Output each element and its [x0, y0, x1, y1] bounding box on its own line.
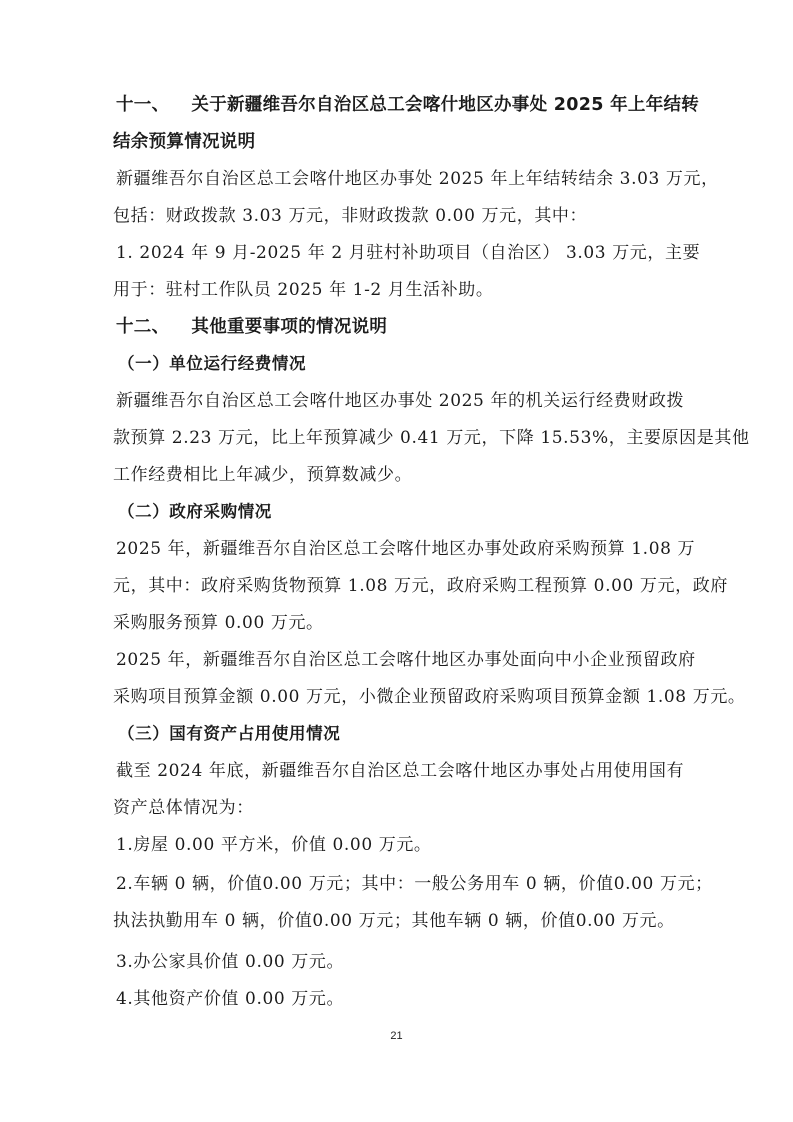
section-11-para1-line2: 包括：财政拨款 3.03 万元，非财政拨款 0.00 万元，其中：: [113, 205, 713, 227]
sub1-line: 新疆维吾尔自治区总工会喀什地区办事处 2025 年的机关运行经费财政拨: [116, 390, 716, 412]
sub2-para1-line: 2025 年，新疆维吾尔自治区总工会喀什地区办事处政府采购预算 1.08 万: [116, 538, 716, 560]
sub2-para2-line: 采购项目预算金额 0.00 万元，小微企业预留政府采购项目预算金额 1.08 万…: [113, 686, 713, 708]
sub2-para1-line: 元，其中：政府采购货物预算 1.08 万元，政府采购工程预算 0.00 万元，政…: [113, 575, 713, 597]
section-11-number: 十一、: [116, 95, 169, 115]
section-11-para1-line1: 新疆维吾尔自治区总工会喀什地区办事处 2025 年上年结转结余 3.03 万元，: [116, 168, 716, 190]
sub3-item2-line: 执法执勤用车 0 辆，价值0.00 万元；其他车辆 0 辆，价值0.00 万元。: [113, 910, 713, 932]
sub1-line: 工作经费相比上年减少，预算数减少。: [113, 464, 713, 486]
sub3-item2-line: 2.车辆 0 辆，价值0.00 万元；其中：一般公务用车 0 辆，价值0.00 …: [116, 873, 716, 895]
section-11-item1-line1: 1. 2024 年 9 月-2025 年 2 月驻村补助项目（自治区） 3.03…: [116, 242, 716, 264]
section-11-title-line1: 关于新疆维吾尔自治区总工会喀什地区办事处 2025 年上年结转: [191, 95, 699, 115]
sub3-item1: 1.房屋 0.00 平方米，价值 0.00 万元。: [116, 834, 716, 856]
sub3-item3: 3.办公家具价值 0.00 万元。: [116, 951, 716, 973]
page-number: 21: [0, 1030, 793, 1042]
section-11-heading: 十一、关于新疆维吾尔自治区总工会喀什地区办事处 2025 年上年结转: [116, 94, 716, 116]
sub3-intro-line: 截至 2024 年底，新疆维吾尔自治区总工会喀什地区办事处占用使用国有: [116, 760, 716, 782]
sub3-item4: 4.其他资产价值 0.00 万元。: [116, 988, 716, 1010]
sub2-heading: （二）政府采购情况: [118, 501, 718, 523]
sub1-heading: （一）单位运行经费情况: [118, 353, 718, 375]
sub3-intro-line: 资产总体情况为：: [113, 797, 713, 819]
document-page: 十一、关于新疆维吾尔自治区总工会喀什地区办事处 2025 年上年结转 结余预算情…: [0, 0, 793, 1122]
sub2-para1-line: 采购服务预算 0.00 万元。: [113, 612, 713, 634]
section-12-heading: 十二、其他重要事项的情况说明: [116, 316, 716, 338]
section-12-number: 十二、: [116, 317, 169, 337]
section-12-title: 其他重要事项的情况说明: [191, 317, 387, 337]
section-11-item1-line2: 用于：驻村工作队员 2025 年 1-2 月生活补助。: [113, 279, 713, 301]
section-11-title-line2: 结余预算情况说明: [113, 131, 713, 153]
sub1-line: 款预算 2.23 万元，比上年预算减少 0.41 万元，下降 15.53%，主要…: [113, 427, 713, 449]
sub2-para2-line: 2025 年，新疆维吾尔自治区总工会喀什地区办事处面向中小企业预留政府: [116, 649, 716, 671]
sub3-heading: （三）国有资产占用使用情况: [118, 723, 718, 745]
